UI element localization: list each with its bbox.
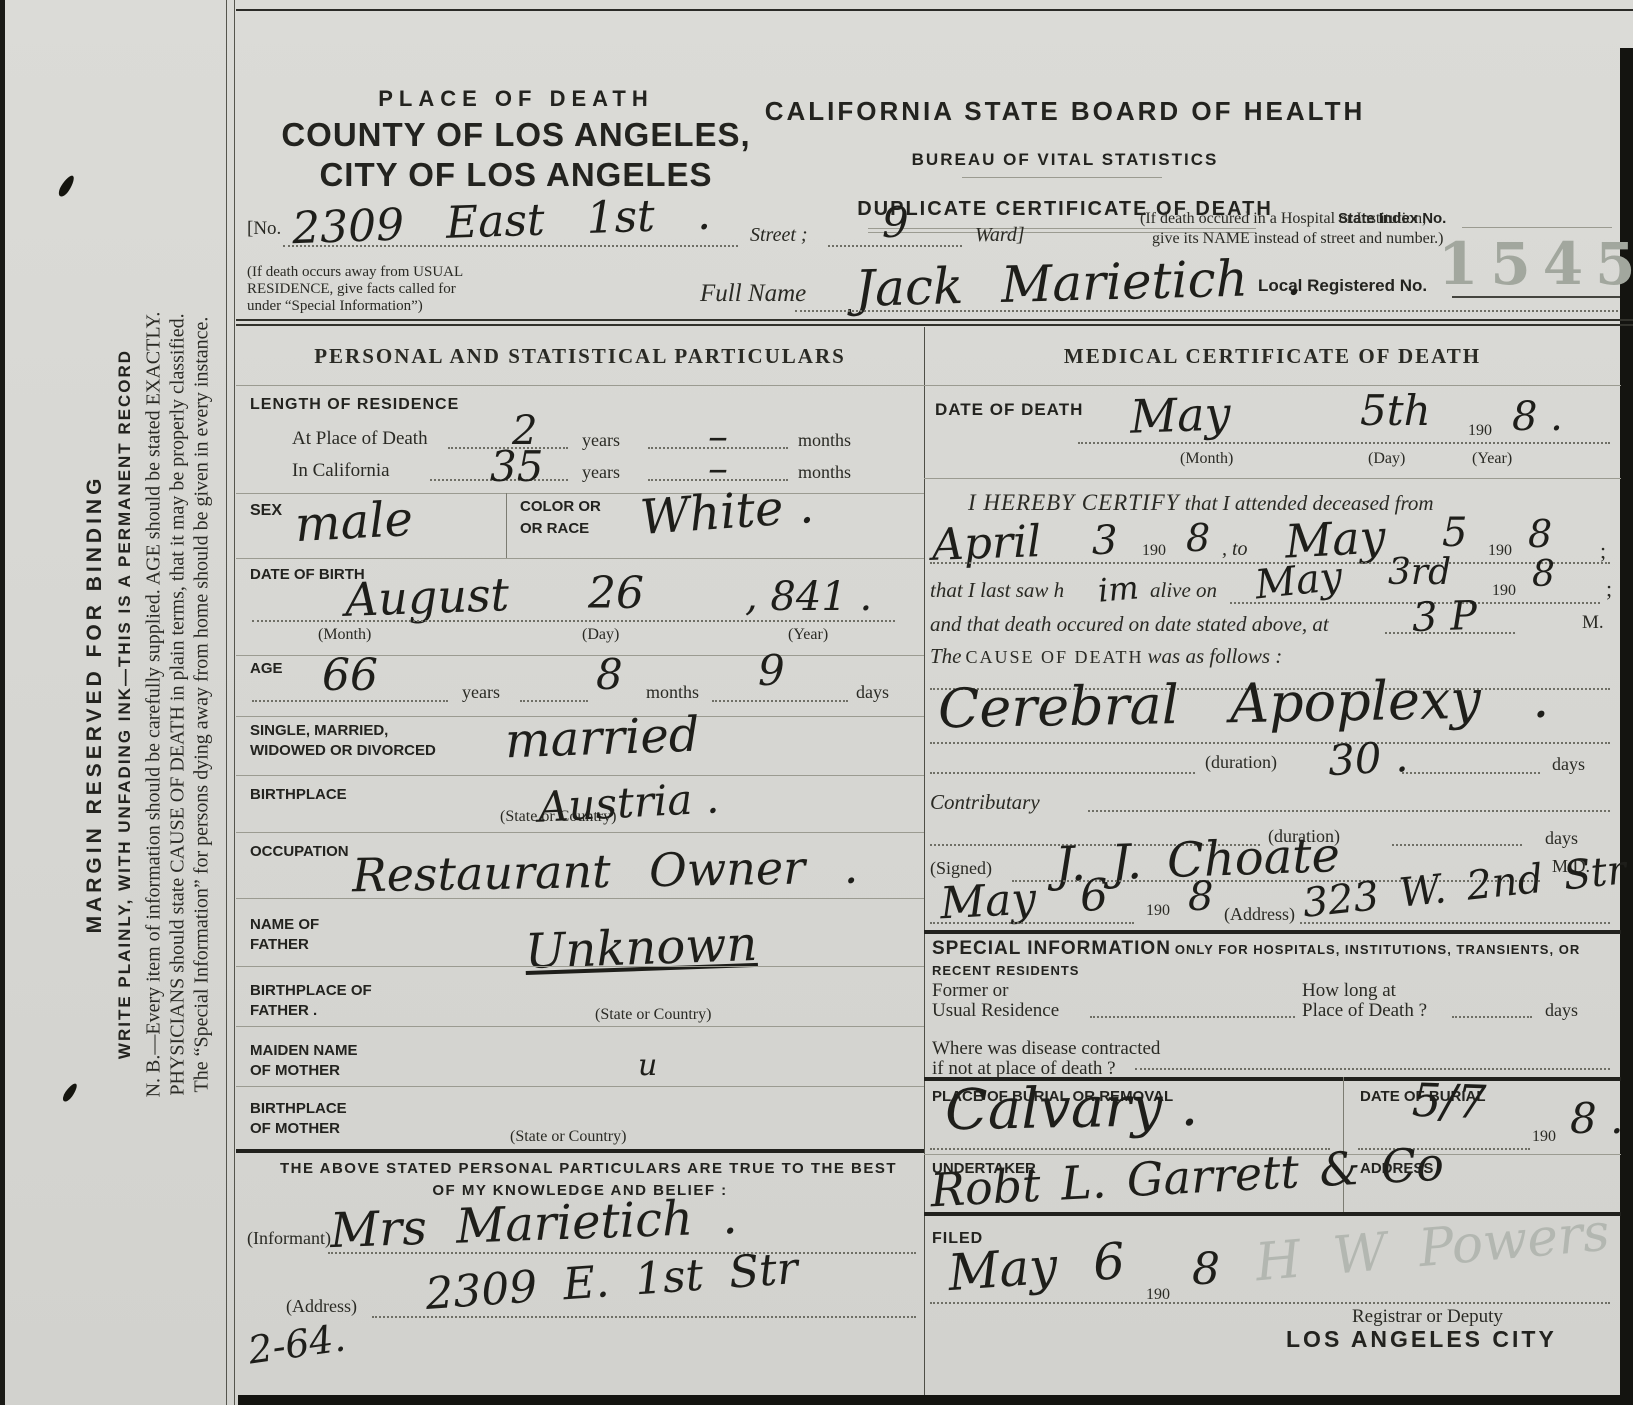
special-heading-sub2: RECENT RESIDENTS [932,963,1079,978]
death-year-handwriting: 8 . [1512,394,1563,440]
bureau-underline [962,177,1162,178]
race-value-handwriting: White . [638,478,815,546]
birthplace-label: BIRTHPLACE [250,786,347,803]
dotted-leader [930,922,1134,924]
rule [236,966,924,967]
years-label: years [582,430,620,451]
certify-caps: I HEREBY CERTIFY [968,490,1180,515]
full-name-handwriting: Jack Marietich . [854,248,1302,318]
informant-handwriting: Mrs Marietich . [329,1189,738,1259]
how-long-label-line1: How long at [1302,980,1396,1002]
birth-day-handwriting: 26 [588,568,644,619]
certificate-year-handwriting: 8 [1188,874,1213,920]
days-label: days [1545,1000,1578,1021]
dotted-leader [930,772,1195,774]
days-label: days [856,682,889,703]
month-hint: (Month) [318,626,371,644]
mother-birthplace-label-line1: BIRTHPLACE [250,1100,347,1117]
local-registered-number-stamp: 1545 [1438,230,1633,298]
informant-address-handwriting: 2309 E. 1st Str [424,1243,800,1320]
marital-status-handwriting: married [504,707,700,770]
mother-birthplace-label-line2: OF MOTHER [250,1120,340,1137]
ink-mark [61,1082,80,1104]
filed-year-handwriting: 8 [1192,1244,1220,1295]
mother-maiden-name-label-line2: OF MOTHER [250,1062,340,1079]
duration-hint: (duration) [1205,752,1277,773]
burial-year-handwriting: 8 . [1570,1094,1623,1143]
margin-divider [226,0,235,1405]
top-rule [236,9,1633,11]
informant-address-label: (Address) [286,1296,357,1317]
margin-special-note: The “Special Information” for persons dy… [191,0,214,1405]
father-birthplace-label-line1: BIRTHPLACE OF [250,982,372,999]
rule [236,558,924,559]
hospital-note-line2: give its NAME instead of street and numb… [1152,230,1444,248]
year-printed: 190 [1532,1128,1556,1146]
rule [236,1086,924,1087]
bureau-heading: BUREAU OF VITAL STATISTICS [760,150,1370,170]
occupation-handwriting: Restaurant Owner . [352,840,859,903]
attended-from-day-handwriting: 3 [1092,518,1117,564]
burial-place-handwriting: Calvary . [944,1074,1198,1143]
registrar-label: Registrar or Deputy [1352,1306,1503,1328]
months-label: months [646,682,699,703]
months-label: months [798,430,851,451]
age-days-handwriting: 9 [758,646,785,695]
bottom-edge-band [238,1395,1633,1405]
death-time-handwriting: 3 P [1411,593,1478,641]
in-california-label: In California [292,460,390,482]
cause-of-death-handwriting: Cerebral Apoplexy . [937,667,1549,741]
year-hint: (Year) [788,626,828,644]
street-label: Street ; [750,224,808,247]
year-printed: 190 [1488,542,1512,560]
state-or-country-hint: (State or Country) [595,1006,711,1024]
cause-duration-handwriting: 30 . [1327,732,1410,785]
dotted-leader [930,1302,1610,1304]
attended-to-year-handwriting: 8 [1528,512,1552,556]
days-label: days [1552,754,1585,775]
dotted-leader [1452,1016,1532,1018]
special-heading-main: SPECIAL INFORMATION [932,938,1171,959]
former-residence-label-line1: Former or [932,980,1009,1002]
registrar-signature-handwriting: H W Powers [1253,1203,1612,1294]
year-printed: 190 [1492,582,1516,600]
to-label: , to [1222,538,1248,561]
certify-rest: that I attended deceased from [1180,491,1434,515]
rule [236,775,924,776]
informant-address-dotted-line [372,1316,916,1318]
father-name-label-line2: FATHER [250,936,309,953]
days-label: days [1545,828,1578,849]
physician-address-handwriting: 323 W. 2nd Str [1300,847,1628,927]
dotted-leader [1088,810,1610,812]
rule [236,832,924,833]
cause-of-death-line: The CAUSE OF DEATH was as follows : [930,644,1282,669]
father-birthplace-label-line2: FATHER . [250,1002,317,1019]
day-hint: (Day) [582,626,619,644]
medical-title: MEDICAL CERTIFICATE OF DEATH [924,344,1621,369]
form-code-handwriting: 2-64. [245,1315,348,1372]
years-label: years [462,682,500,703]
birth-month-handwriting: August [344,567,510,627]
filed-date-handwriting: May 6 [946,1232,1127,1302]
margin-binding-note: MARGIN RESERVED FOR BINDING [83,0,107,1405]
thick-rule [924,930,1621,934]
length-of-residence-heading: LENGTH OF RESIDENCE [250,396,459,414]
mother-maiden-name-label-line1: MAIDEN NAME [250,1042,358,1059]
last-saw-post: alive on [1150,578,1217,603]
residence-note-line3: under “Special Information”) [247,298,423,315]
birth-year-handwriting: , 841 . [745,574,872,620]
board-heading: CALIFORNIA STATE BOARD OF HEALTH [760,96,1370,127]
burial-date-handwriting: 5/7 [1411,1073,1487,1130]
at-place-of-death-label: At Place of Death [292,428,428,450]
dotted-leader [1300,922,1610,924]
dotted-leader [1135,1068,1610,1070]
street-no-label: [No. [247,218,281,240]
date-of-death-label: DATE OF DEATH [935,400,1083,420]
year-printed: 190 [1142,542,1166,560]
margin-nb-note: N. B.—Every item of information should b… [143,0,166,1405]
dotted-leader [1402,772,1540,774]
age-years-handwriting: 66 [322,650,378,701]
header-double-rule [236,319,1633,321]
dotted-leader [520,700,588,702]
ward-value-handwriting: 9 [882,198,909,247]
residence-note-line1: (If death occurs away from USUAL [247,264,463,281]
left-edge-band [0,0,5,1405]
month-hint: (Month) [1180,450,1233,468]
contributary-label: Contributary [930,790,1040,815]
how-long-label-line2: Place of Death ? [1302,1000,1427,1022]
years-label: years [582,462,620,483]
state-or-country-hint: (State or Country) [510,1128,626,1146]
sex-value-handwriting: male [294,491,415,553]
special-information-heading: SPECIAL INFORMATION ONLY FOR HOSPITALS, … [932,938,1580,960]
marital-status-label-line2: WIDOWED OR DIVORCED [250,742,436,759]
former-residence-label-line2: Usual Residence [932,1000,1059,1022]
color-or-race-label-line1: COLOR OR [520,498,601,515]
rule [924,478,1621,479]
birthplace-handwriting: Austria . [537,773,720,831]
attestation-line1: THE ABOVE STATED PERSONAL PARTICULARS AR… [280,1160,880,1177]
where-contracted-label-line1: Where was disease contracted [932,1038,1160,1060]
dotted-leader [712,700,848,702]
hospital-note-line1: (If death occured in a Hospital or Insti… [1140,210,1426,228]
last-saw-month-handwriting: May [1253,554,1345,609]
in-california-years-handwriting: 35 [490,442,543,491]
full-name-label: Full Name [700,280,806,308]
semicolon: ; [1600,538,1606,564]
county-heading: COUNTY OF LOS ANGELES, [236,116,796,154]
death-day-handwriting: 5th [1360,386,1431,435]
death-certificate-page: MARGIN RESERVED FOR BINDING WRITE PLAINL… [0,0,1633,1405]
city-heading: CITY OF LOS ANGELES [236,156,796,194]
last-saw-pre: that I last saw h [930,578,1064,603]
father-name-label-line1: NAME OF [250,916,319,933]
dotted-leader [1392,844,1522,846]
semicolon: ; [1606,576,1612,602]
last-saw-day-handwriting: 3rd [1388,552,1451,593]
ink-mark [56,173,76,198]
mother-maiden-name-ditto-handwriting: u [638,1048,657,1083]
age-label: AGE [250,660,283,677]
meridian-label: M. [1582,612,1604,634]
dotted-leader [930,742,1610,744]
day-hint: (Day) [1368,450,1405,468]
cause-caps: CAUSE OF DEATH [966,647,1144,667]
state-index-line [1462,227,1612,228]
color-or-race-label-line2: OR RACE [520,520,589,537]
year-hint: (Year) [1472,450,1512,468]
dotted-leader [1090,1016,1295,1018]
cause-the: The [930,644,962,668]
margin-physicians-note: PHYSICIANS should state CAUSE OF DEATH i… [167,0,190,1405]
address-label: (Address) [1224,904,1295,925]
attended-to-day-handwriting: 5 [1442,510,1467,556]
sex-color-divider [506,493,507,558]
margin-write-plainly-note: WRITE PLAINLY, WITH UNFADING INK—THIS IS… [115,0,135,1405]
year-printed: 190 [1146,902,1170,920]
death-month-handwriting: May [1129,386,1231,443]
undertaker-address-heading: ADDRESS [1360,1160,1433,1177]
attended-from-year-handwriting: 8 [1186,516,1210,560]
dotted-leader [1078,442,1610,444]
full-name-dotted-line [795,310,1618,312]
occupation-label: OCCUPATION [250,843,349,860]
duplicate-underline [868,228,1256,229]
thick-rule [236,1149,924,1153]
rule [236,1026,924,1027]
last-saw-year-handwriting: 8 [1532,554,1555,595]
place-of-death-heading: PLACE OF DEATH [236,86,796,112]
age-months-handwriting: 8 [596,650,623,699]
street-dotted-line [283,245,738,247]
ward-label: Ward] [975,224,1025,247]
death-occured-line: and that death occured on date stated ab… [930,612,1329,637]
informant-dotted-line [328,1252,916,1254]
column-divider [924,327,925,1395]
informant-label: (Informant) [247,1228,331,1249]
father-name-handwriting: Unknown [524,916,758,980]
personal-title: PERSONAL AND STATISTICAL PARTICULARS [236,344,924,369]
dotted-leader [252,620,895,622]
rule [236,898,924,899]
header-double-rule-2 [236,324,1633,326]
last-saw-him-handwriting: im [1096,568,1140,609]
certificate-date-handwriting: May 6 [939,870,1110,930]
residence-note-line2: RESIDENCE, give facts called for [247,281,456,298]
city-label: LOS ANGELES CITY [1286,1326,1557,1353]
marital-status-label-line1: SINGLE, MARRIED, [250,722,388,739]
special-heading-sub: ONLY FOR HOSPITALS, INSTITUTIONS, TRANSI… [1175,942,1580,957]
year-printed: 190 [1468,422,1492,440]
cause-rest: was as follows : [1148,644,1283,668]
sex-label: SEX [250,502,282,520]
